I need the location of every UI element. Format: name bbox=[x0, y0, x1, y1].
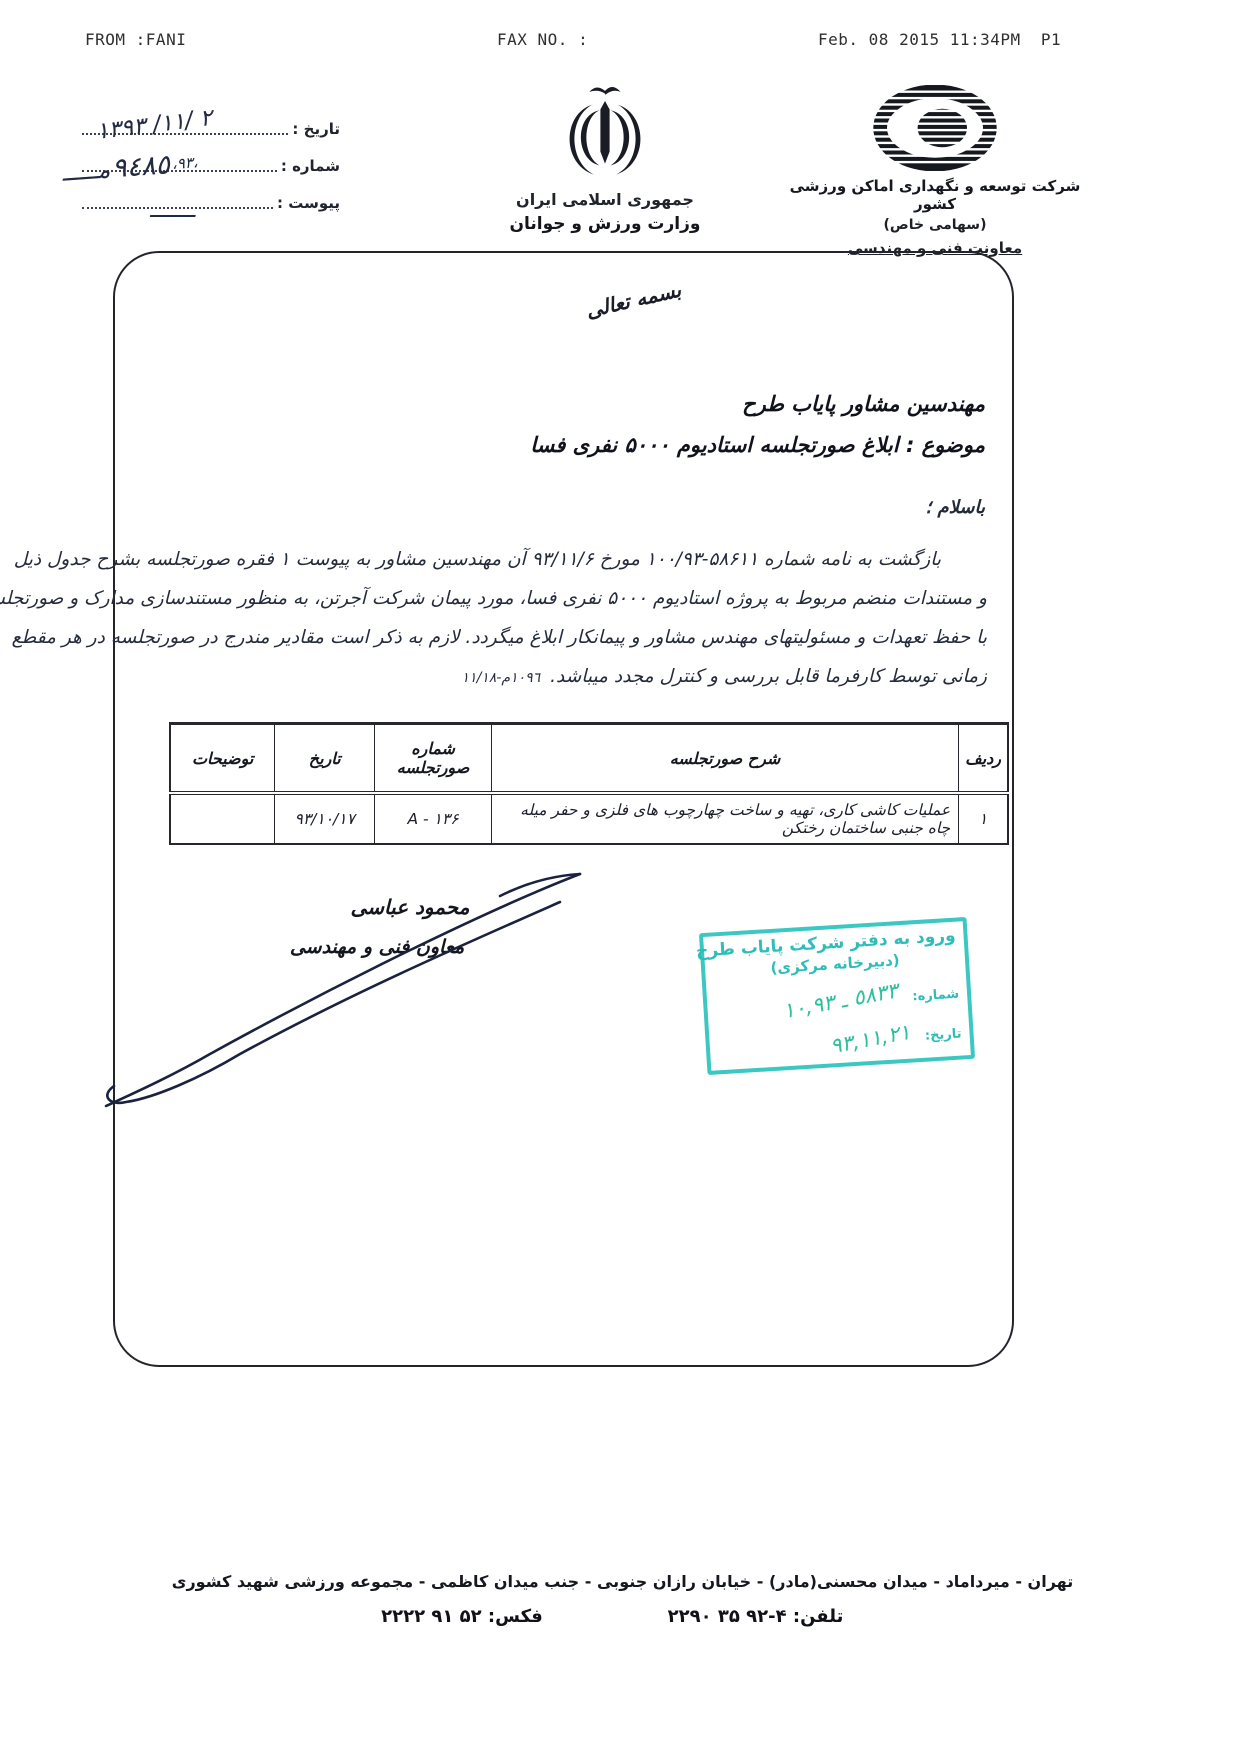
body-line-2: و مستندات منضم مربوط به پروژه استادیوم ۵… bbox=[163, 579, 987, 618]
table-header-row: ردیف شرح صورتجلسه شماره صورتجلسه تاریخ ت… bbox=[170, 724, 1008, 794]
stamp-number-label: شماره: bbox=[912, 986, 960, 1004]
handwritten-number-main: ٩٤٨٥ bbox=[111, 149, 171, 184]
number-field-label: شماره : bbox=[281, 157, 340, 175]
cell-notes bbox=[170, 793, 275, 844]
stamp-date-label: تاریخ: bbox=[924, 1026, 962, 1043]
header-row-no: ردیف bbox=[959, 724, 1008, 794]
minute-number-value: A - ۱۳۶ bbox=[408, 810, 459, 828]
signature-stroke bbox=[92, 852, 592, 1114]
ministry-name: وزارت ورزش و جوانان bbox=[455, 214, 755, 234]
handwritten-attachment-dash: ـــــــ bbox=[150, 198, 195, 223]
org-type: (سهامی خاص) bbox=[770, 217, 1100, 233]
body-line-4: زمانی توسط کارفرما قابل بررسی و کنترل مج… bbox=[163, 657, 987, 698]
header-date: تاریخ bbox=[275, 724, 375, 794]
stamp-date-row: تاریخ: ٩٣,١١,٢١ bbox=[829, 1021, 962, 1053]
attachment-field-row: پیوست : bbox=[82, 192, 340, 212]
cell-date: ۹۳/۱۰/۱۷ bbox=[275, 793, 375, 844]
fax-document-page: FROM :FANI FAX NO. : Feb. 08 2015 11:34P… bbox=[0, 0, 1240, 1753]
handwritten-number-tail: مـــــ bbox=[61, 155, 111, 186]
handwritten-number-year: ،٩٣، bbox=[171, 153, 198, 173]
country-name: جمهوری اسلامی ایران bbox=[455, 190, 755, 209]
fax-number-label: FAX NO. : bbox=[497, 30, 588, 49]
table-row: ۱ عملیات کاشی کاری، تهیه و ساخت چهارچوب … bbox=[170, 793, 1008, 844]
fax-datetime-text: Feb. 08 2015 11:34PM P1 bbox=[818, 30, 1061, 49]
salutation: باسلام ؛ bbox=[700, 497, 985, 518]
header-notes: توضیحات bbox=[170, 724, 275, 794]
header-minute-number: شماره صورتجلسه bbox=[375, 724, 492, 794]
date-field-label: تاریخ : bbox=[292, 120, 340, 138]
org-name: شرکت توسعه و نگهداری اماکن ورزشی کشور bbox=[770, 177, 1100, 213]
cell-row-no: ۱ bbox=[959, 793, 1008, 844]
recipient-line: مهندسین مشاور پایاب طرح bbox=[420, 392, 985, 416]
minutes-table: ردیف شرح صورتجلسه شماره صورتجلسه تاریخ ت… bbox=[169, 722, 1009, 845]
incoming-stamp: ورود به دفتر شرکت پایاب طرح (دبیرخانه مر… bbox=[699, 917, 975, 1075]
body-line-3: با حفظ تعهدات و مسئولیتهای مهندس مشاور و… bbox=[163, 618, 987, 657]
footer-fax: فکس: ۵۲ ۹۱ ۲۲۲۲ bbox=[352, 1606, 572, 1627]
cell-minute-number: A - ۱۳۶ bbox=[375, 793, 492, 844]
cell-description: عملیات کاشی کاری، تهیه و ساخت چهارچوب ها… bbox=[491, 793, 958, 844]
organisation-block: شرکت توسعه و نگهداری اماکن ورزشی کشور (س… bbox=[770, 85, 1100, 257]
state-block: جمهوری اسلامی ایران وزارت ورزش و جوانان bbox=[455, 86, 755, 234]
stamp-number-value: ١٠,٩٣ ـ ٥٨٣٣ bbox=[781, 978, 900, 1023]
stamp-number-row: شماره: ١٠,٩٣ ـ ٥٨٣٣ bbox=[782, 982, 960, 1017]
footer-phone: تلفن: ۴-۹۲ ۳۵ ۲۲۹۰ bbox=[628, 1606, 883, 1627]
body-line-4-text: زمانی توسط کارفرما قابل بررسی و کنترل مج… bbox=[550, 666, 987, 687]
header-description: شرح صورتجلسه bbox=[491, 724, 958, 794]
subject-line: موضوع : ابلاغ صورتجلسه استادیوم ۵۰۰۰ نفر… bbox=[420, 433, 985, 457]
stamp-date-value: ٩٣,١١,٢١ bbox=[828, 1020, 912, 1058]
iran-emblem-icon bbox=[559, 86, 651, 186]
footer-address: تهران - میرداماد - میدان محسنی(مادر) - خ… bbox=[150, 1572, 1095, 1591]
fax-from-text: FROM :FANI bbox=[85, 30, 186, 49]
letter-body: بازگشت به نامه شماره ۵۸۶۱۱-۱۰۰/۹۳ مورخ ۹… bbox=[163, 540, 987, 698]
company-logo-icon bbox=[871, 85, 999, 171]
body-line-1: بازگشت به نامه شماره ۵۸۶۱۱-۱۰۰/۹۳ مورخ ۹… bbox=[163, 540, 987, 579]
attachment-field-label: پیوست : bbox=[277, 194, 340, 212]
handwritten-annotation: ١٠٩٦م-١١/١٨ bbox=[462, 670, 541, 686]
